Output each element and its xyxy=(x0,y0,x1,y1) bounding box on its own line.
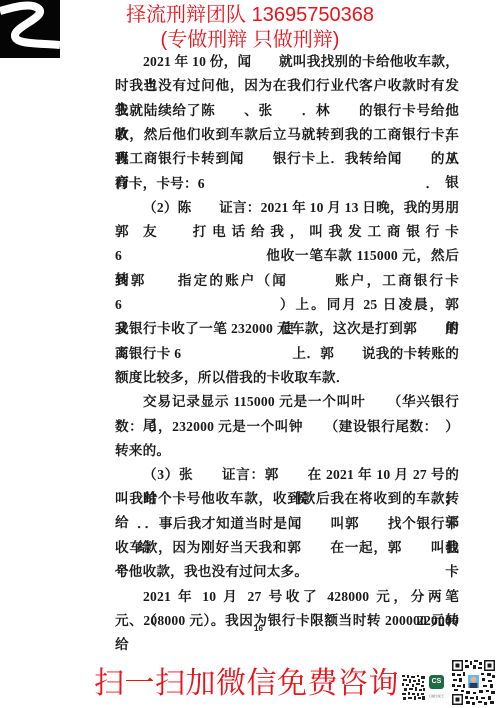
text-line: 收车款，因为刚好当天我和郭 在一起，郭 叫我个卡 xyxy=(115,536,459,560)
text-line: 数： ），232000 元是一个叫钟 （建设银行尾数： ） xyxy=(115,415,459,439)
text-line: 元、208000 元）。我因为银行卡限额当时转 200000 元转给 xyxy=(115,609,459,633)
text-line: 我就陆续给了陈 、张 ．林 的银行卡号给他收车 xyxy=(115,99,459,123)
qr-code-icon[interactable] xyxy=(401,674,426,701)
camscanner-badge: CS 扫描全能王 xyxy=(429,675,447,703)
text-line: 我工商银行卡转到闻 银行卡上．我转给闻 的工商银 xyxy=(115,147,459,171)
text-line: （3）张 证言：郭 在 2021 年 10 月 27 号的时候， xyxy=(143,463,459,487)
text-line: 款，然后他们收到车款后立马就转到我的工商银行卡，再从 xyxy=(115,123,459,147)
text-line: ．．事后我才知道当时是闻 叫郭 找个银行卡给他 xyxy=(137,512,459,536)
text-line: （2）陈 证言：2021 年 10 月 13 日晚，我的男朋友 xyxy=(143,196,459,220)
text-line: 2021 年 10 份，闻 就叫我找别的卡给他收车款，当 xyxy=(143,50,459,74)
banner-subtitle: (专做刑辩 只做刑辩) xyxy=(0,28,500,52)
wechat-qr-code-icon[interactable] xyxy=(451,659,496,706)
text-line: 到郭 指定的账户（闻 账户，工商银行卡 xyxy=(115,269,459,293)
banner-title: 择流刑辩团队 13695750368 xyxy=(0,3,500,27)
text-line: 转来的。 xyxy=(115,439,459,463)
text-line: 叫我给个卡号他收车款，收到款后我在将收到的车款转给郭 xyxy=(115,487,459,511)
text-line: 2021 年 10 月 27 号收了 428000 元，分两笔（220000 xyxy=(143,585,459,609)
text-line: 6 ）上。同月 25 日凌晨，郭 又使用 xyxy=(115,293,459,317)
text-line: 额度比较多，所以借我的卡收取车款． xyxy=(115,366,459,390)
camscanner-icon: CS xyxy=(429,675,444,689)
text-line: 行卡，卡号：6 ． xyxy=(115,172,459,196)
text-line: 时我也没有过问他，因为在我们行业代客户收款时有发生， xyxy=(115,74,459,98)
camscanner-caption: 扫描全能王 xyxy=(429,694,447,698)
text-line: 我银行卡收了一笔 232000 元车款，这次是打到郭 的工 xyxy=(115,317,459,341)
page-number: 16 xyxy=(254,624,263,633)
wechat-consult-cta: 扫一扫加微信免费咨询 xyxy=(94,664,399,704)
text-line: 6 他收一笔车款 115000 元，然后转 xyxy=(115,244,459,268)
text-line: 商银行卡 6 上．郭 说我的卡转账的 xyxy=(115,342,459,366)
text-line: 郭 打电话给我，叫我发工商银行卡 xyxy=(115,220,459,244)
text-line: 交易记录显示 115000 元是一个叫叶 （华兴银行尾 xyxy=(143,390,459,414)
text-line: 号他收款，我也没有过问太多。 xyxy=(115,560,459,584)
